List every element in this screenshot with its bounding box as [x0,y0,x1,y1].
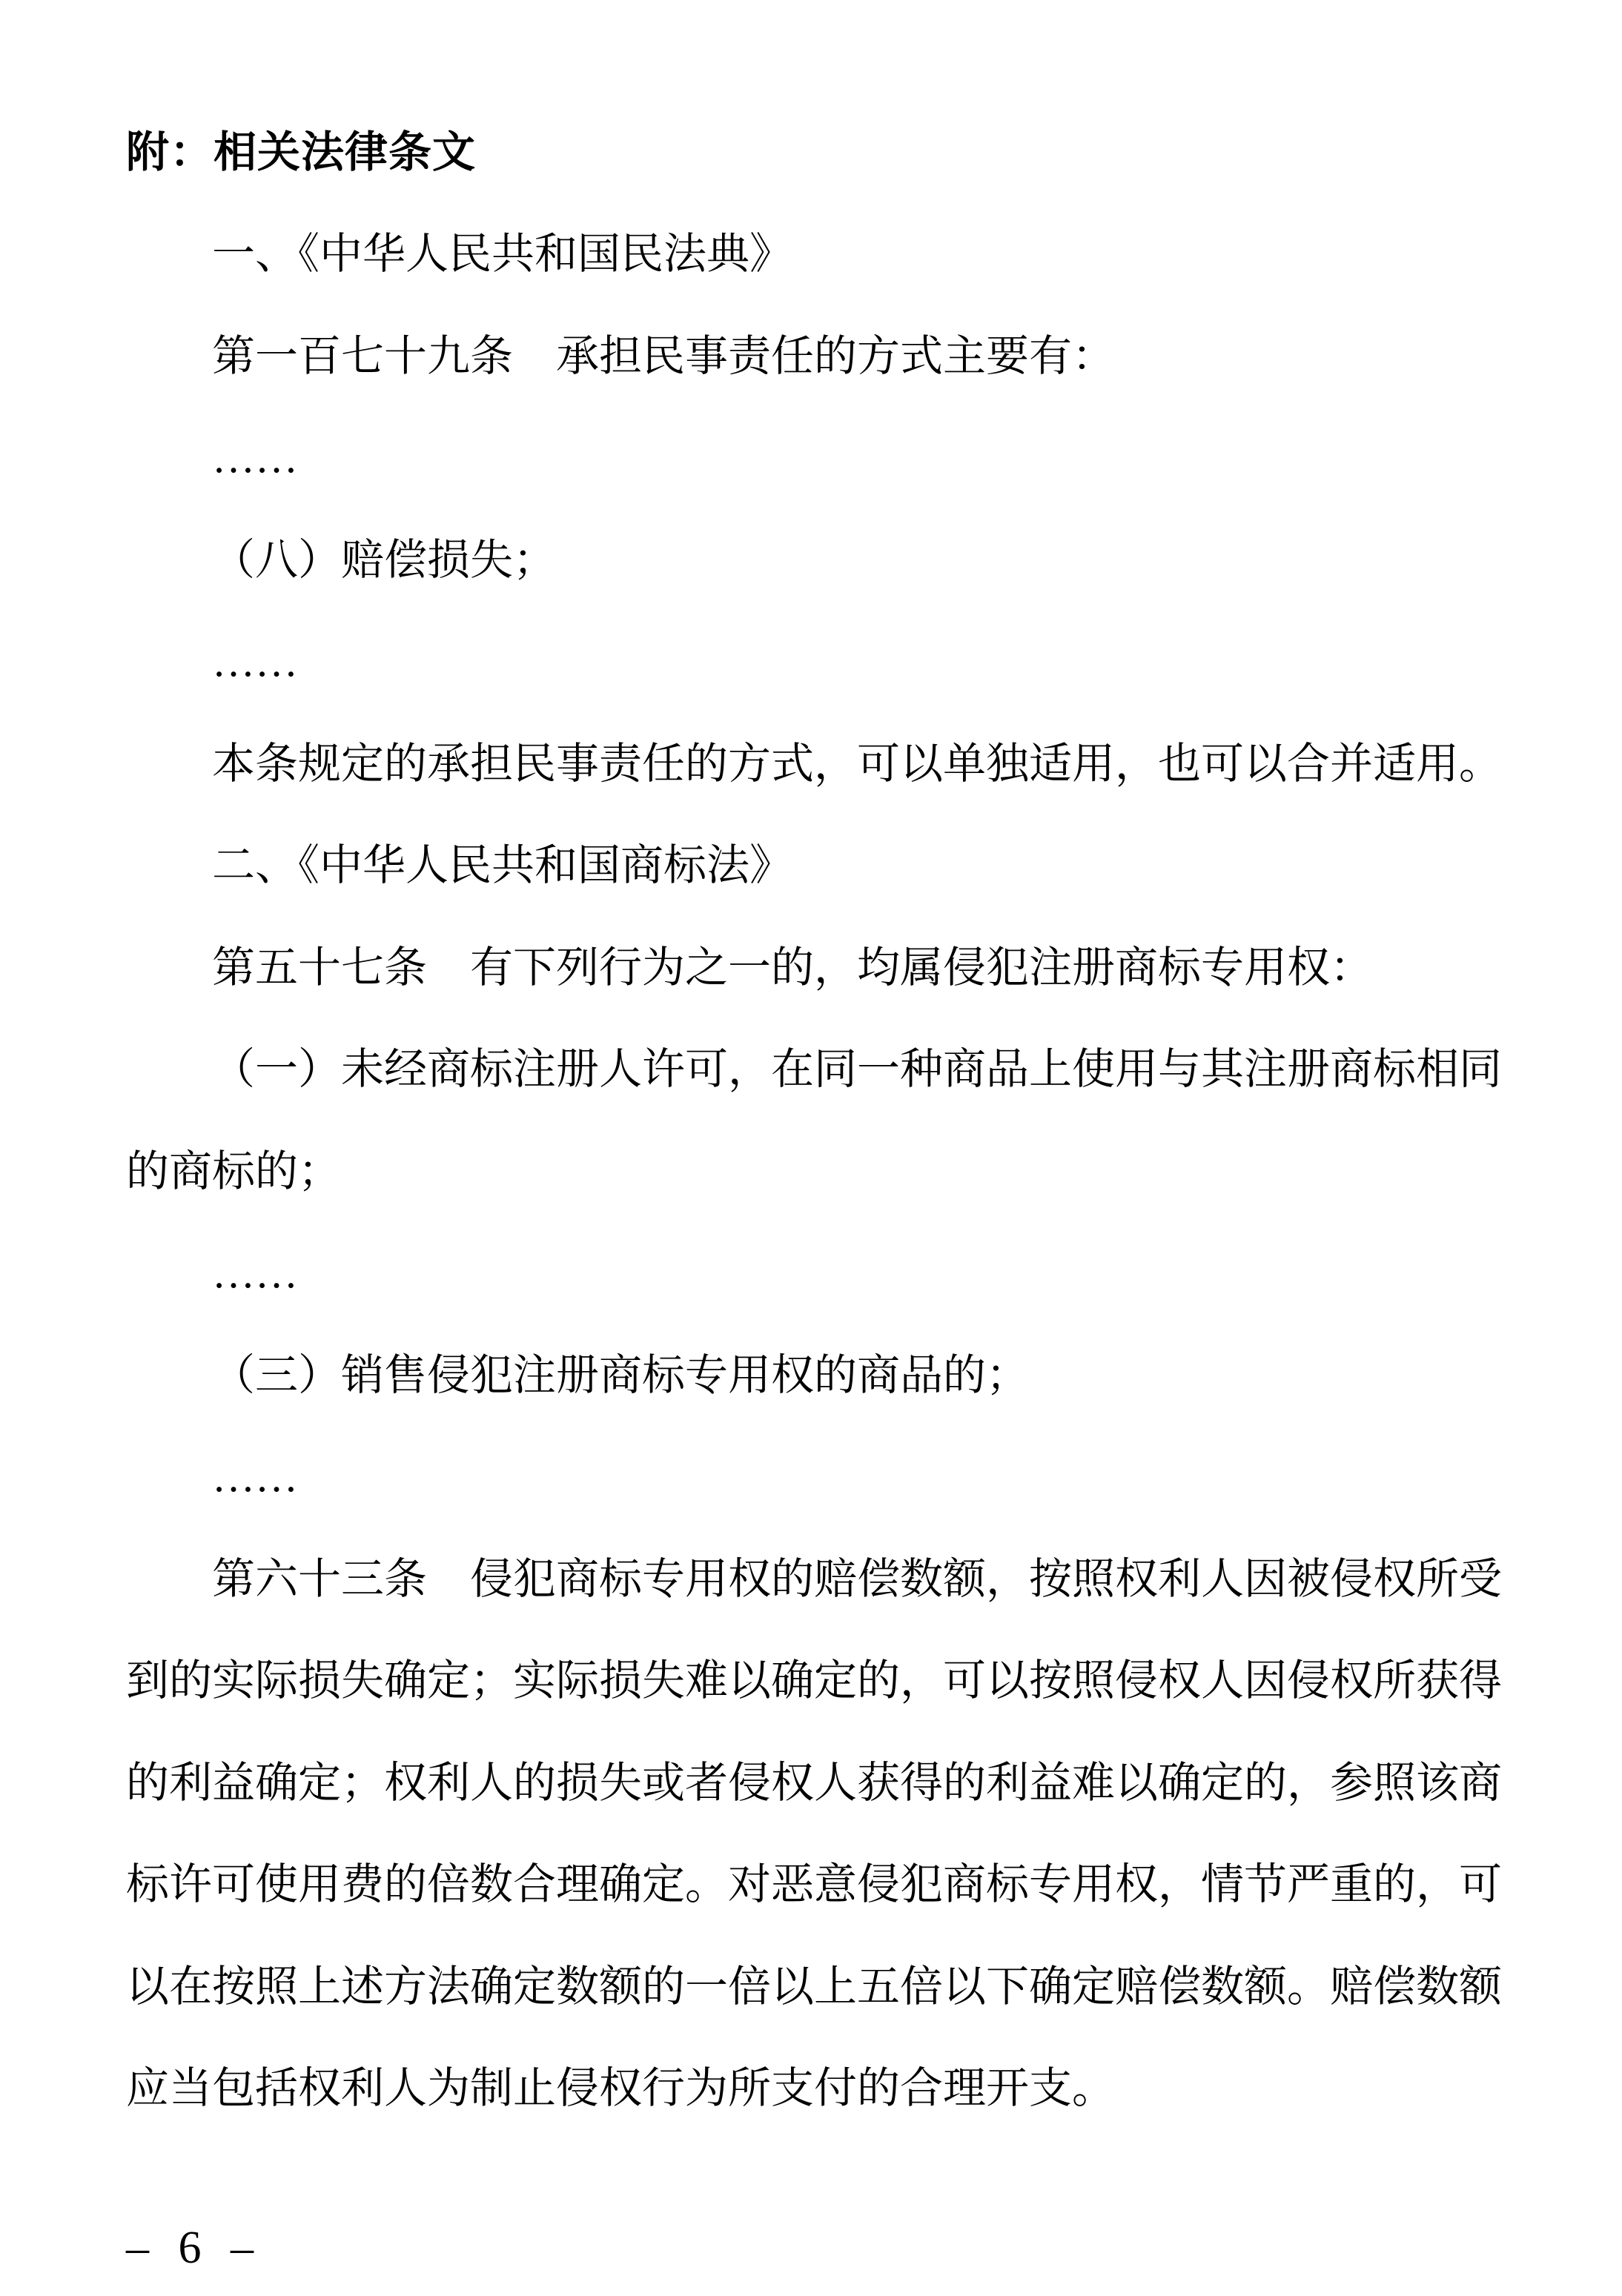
text-line: 二、《中华人民共和国商标法》 [126,814,1503,917]
body-lines: 一、《中华人民共和国民法典》 第一百七十九条 承担民事责任的方式主要有： …… … [126,203,1503,2140]
text-line: …… [126,1222,1503,1324]
text-line: （八）赔偿损失； [126,509,1503,611]
page-number: – 6 – [126,2225,262,2271]
text-line: …… [126,611,1503,713]
text-line: 的商标的； [126,1121,1503,1223]
text-line: 标许可使用费的倍数合理确定。对恶意侵犯商标专用权，情节严重的，可 [126,1834,1503,1936]
text-line: …… [126,1426,1503,1528]
text-line: 到的实际损失确定；实际损失难以确定的，可以按照侵权人因侵权所获得 [126,1630,1503,1732]
text-line: 的利益确定；权利人的损失或者侵权人获得的利益难以确定的，参照该商 [126,1732,1503,1834]
text-line: …… [126,407,1503,509]
page-title: 附：相关法律条文 [126,102,1503,203]
text-line: 第六十三条 侵犯商标专用权的赔偿数额，按照权利人因被侵权所受 [126,1528,1503,1630]
text-line: 以在按照上述方法确定数额的一倍以上五倍以下确定赔偿数额。赔偿数额 [126,1936,1503,2038]
text-line: （三）销售侵犯注册商标专用权的商品的； [126,1324,1503,1427]
text-line: 第一百七十九条 承担民事责任的方式主要有： [126,305,1503,408]
document-body: 附：相关法律条文 一、《中华人民共和国民法典》 第一百七十九条 承担民事责任的方… [126,102,1503,2140]
text-line: 第五十七条 有下列行为之一的，均属侵犯注册商标专用权： [126,917,1503,1019]
document-page: 附：相关法律条文 一、《中华人民共和国民法典》 第一百七十九条 承担民事责任的方… [0,0,1622,2296]
text-line: （一）未经商标注册人许可，在同一种商品上使用与其注册商标相同 [126,1018,1503,1121]
text-line: 本条规定的承担民事责任的方式，可以单独适用，也可以合并适用。 [126,713,1503,815]
text-line: 一、《中华人民共和国民法典》 [126,203,1503,305]
text-line: 应当包括权利人为制止侵权行为所支付的合理开支。 [126,2037,1503,2140]
